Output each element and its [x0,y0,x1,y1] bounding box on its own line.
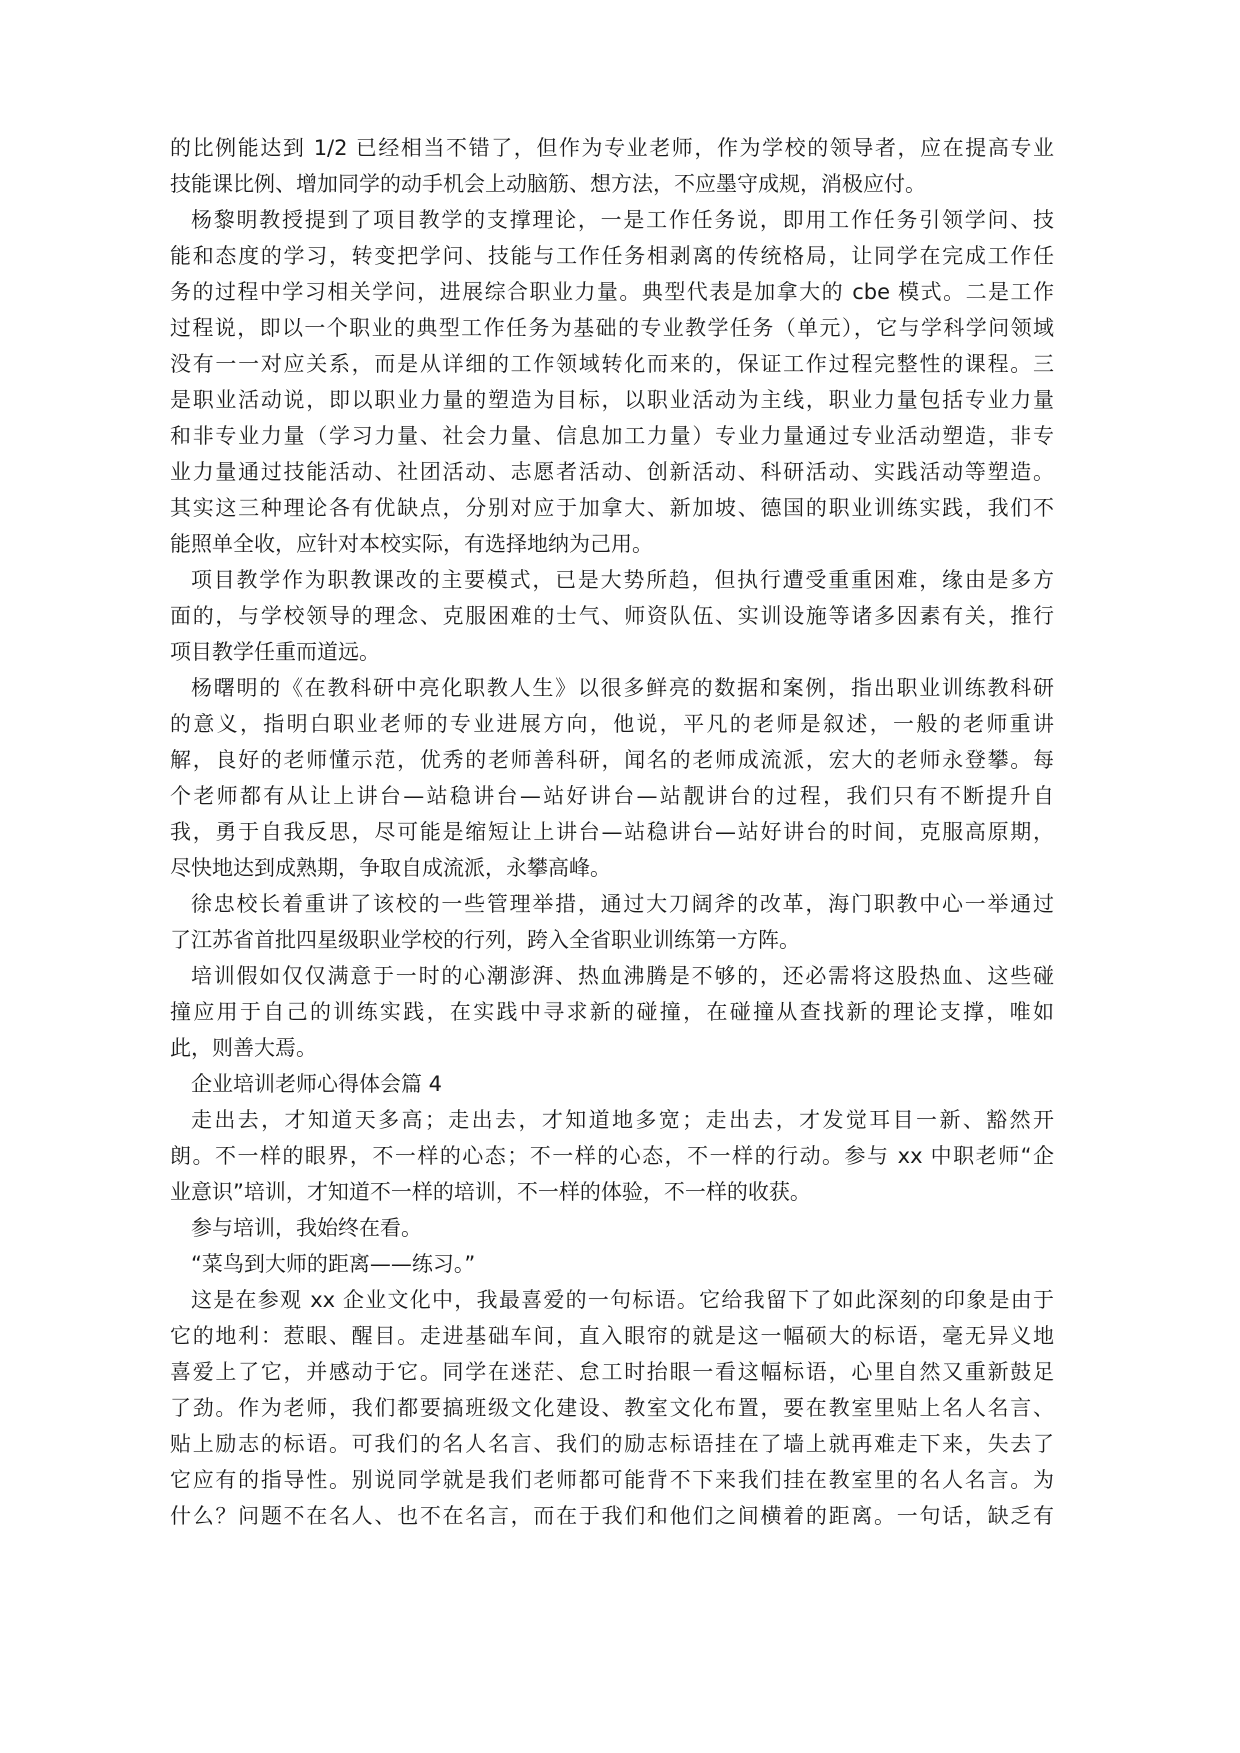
paragraph: 培训假如仅仅满意于一时的心潮澎湃、热血沸腾是不够的，还必需将这股热血、这些碰 撞… [170,958,1054,1066]
section-heading: 企业培训老师心得体会篇 4 [170,1066,1054,1102]
text-line: 撞应用于自己的训练实践，在实践中寻求新的碰撞，在碰撞从查找新的理论支撑，唯如 [170,994,1054,1030]
text-line: 朗。不一样的眼界，不一样的心态；不一样的心态，不一样的行动。参与 xx 中职老师… [170,1138,1054,1174]
text-line: 和非专业力量（学习力量、社会力量、信息加工力量）专业力量通过专业活动塑造，非专 [170,418,1054,454]
text-line: 走出去，才知道天多高；走出去，才知道地多宽；走出去，才发觉耳目一新、豁然开 [170,1102,1054,1138]
text-line: 了劲。作为老师，我们都要搞班级文化建设、教室文化布置，要在教室里贴上名人名言、 [170,1390,1054,1426]
text-line: 喜爱上了它，并感动于它。同学在迷茫、怠工时抬眼一看这幅标语，心里自然又重新鼓足 [170,1354,1054,1390]
heading-text: 企业培训老师心得体会篇 4 [170,1066,1054,1102]
text-line: 贴上励志的标语。可我们的名人名言、我们的励志标语挂在了墙上就再难走下来，失去了 [170,1426,1054,1462]
paragraph: 杨黎明教授提到了项目教学的支撑理论，一是工作任务说，即用工作任务引领学问、技 能… [170,202,1054,562]
text-line: 没有一一对应关系，而是从详细的工作领域转化而来的，保证工作过程完整性的课程。三 [170,346,1054,382]
text-line: 务的过程中学习相关学问，进展综合职业力量。典型代表是加拿大的 cbe 模式。二是… [170,274,1054,310]
text-line: 是职业活动说，即以职业力量的塑造为目标，以职业活动为主线，职业力量包括专业力量 [170,382,1054,418]
text-line: 个老师都有从让上讲台—站稳讲台—站好讲台—站靓讲台的过程，我们只有不断提升自 [170,778,1054,814]
text-line: 的比例能达到 1/2 已经相当不错了，但作为专业老师，作为学校的领导者，应在提高… [170,130,1054,166]
paragraph: 徐忠校长着重讲了该校的一些管理举措，通过大刀阔斧的改革，海门职教中心一举通过 了… [170,886,1054,958]
text-line: 业力量通过技能活动、社团活动、志愿者活动、创新活动、科研活动、实践活动等塑造。 [170,454,1054,490]
text-line: 什么？问题不在名人、也不在名言，而在于我们和他们之间横着的距离。一句话，缺乏有 [170,1498,1054,1534]
paragraph: 走出去，才知道天多高；走出去，才知道地多宽；走出去，才发觉耳目一新、豁然开 朗。… [170,1102,1054,1210]
text-line: 能和态度的学习，转变把学问、技能与工作任务相剥离的传统格局，让同学在完成工作任 [170,238,1054,274]
text-line: 业意识”培训，才知道不一样的培训，不一样的体验，不一样的收获。 [170,1174,1054,1210]
text-line: 解，良好的老师懂示范，优秀的老师善科研，闻名的老师成流派，宏大的老师永登攀。每 [170,742,1054,778]
text-line: 技能课比例、增加同学的动手机会上动脑筋、想方法，不应墨守成规，消极应付。 [170,166,1054,202]
text-line: 尽快地达到成熟期，争取自成流派，永攀高峰。 [170,850,1054,886]
text-line: 项目教学作为职教课改的主要模式，已是大势所趋，但执行遭受重重困难，缘由是多方 [170,562,1054,598]
paragraph: 的比例能达到 1/2 已经相当不错了，但作为专业老师，作为学校的领导者，应在提高… [170,130,1054,202]
text-line: 了江苏省首批四星级职业学校的行列，跨入全省职业训练第一方阵。 [170,922,1054,958]
text-line: 杨黎明教授提到了项目教学的支撑理论，一是工作任务说，即用工作任务引领学问、技 [170,202,1054,238]
document-page: 的比例能达到 1/2 已经相当不错了，但作为专业老师，作为学校的领导者，应在提高… [170,130,1054,1534]
text-line: 培训假如仅仅满意于一时的心潮澎湃、热血沸腾是不够的，还必需将这股热血、这些碰 [170,958,1054,994]
text-line: 参与培训，我始终在看。 [170,1210,1054,1246]
text-line: 其实这三种理论各有优缺点，分别对应于加拿大、新加坡、德国的职业训练实践，我们不 [170,490,1054,526]
text-line: “菜鸟到大师的距离——练习。” [170,1246,1054,1282]
text-line: 徐忠校长着重讲了该校的一些管理举措，通过大刀阔斧的改革，海门职教中心一举通过 [170,886,1054,922]
text-line: 面的，与学校领导的理念、克服困难的士气、师资队伍、实训设施等诸多因素有关，推行 [170,598,1054,634]
paragraph: 项目教学作为职教课改的主要模式，已是大势所趋，但执行遭受重重困难，缘由是多方 面… [170,562,1054,670]
paragraph: 这是在参观 xx 企业文化中，我最喜爱的一句标语。它给我留下了如此深刻的印象是由… [170,1282,1054,1534]
text-line: 的意义，指明白职业老师的专业进展方向，他说，平凡的老师是叙述，一般的老师重讲 [170,706,1054,742]
text-line: 项目教学任重而道远。 [170,634,1054,670]
quote-paragraph: “菜鸟到大师的距离——练习。” [170,1246,1054,1282]
text-line: 此，则善大焉。 [170,1030,1054,1066]
paragraph: 杨曙明的《在教科研中亮化职教人生》以很多鲜亮的数据和案例，指出职业训练教科研 的… [170,670,1054,886]
text-line: 过程说，即以一个职业的典型工作任务为基础的专业教学任务（单元），它与学科学问领域 [170,310,1054,346]
text-line: 我，勇于自我反思，尽可能是缩短让上讲台—站稳讲台—站好讲台的时间，克服高原期， [170,814,1054,850]
text-line: 它应有的指导性。别说同学就是我们老师都可能背不下来我们挂在教室里的名人名言。为 [170,1462,1054,1498]
text-line: 它的地利：惹眼、醒目。走进基础车间，直入眼帘的就是这一幅硕大的标语，毫无异义地 [170,1318,1054,1354]
text-line: 这是在参观 xx 企业文化中，我最喜爱的一句标语。它给我留下了如此深刻的印象是由… [170,1282,1054,1318]
paragraph: 参与培训，我始终在看。 [170,1210,1054,1246]
text-line: 能照单全收，应针对本校实际，有选择地纳为己用。 [170,526,1054,562]
text-line: 杨曙明的《在教科研中亮化职教人生》以很多鲜亮的数据和案例，指出职业训练教科研 [170,670,1054,706]
